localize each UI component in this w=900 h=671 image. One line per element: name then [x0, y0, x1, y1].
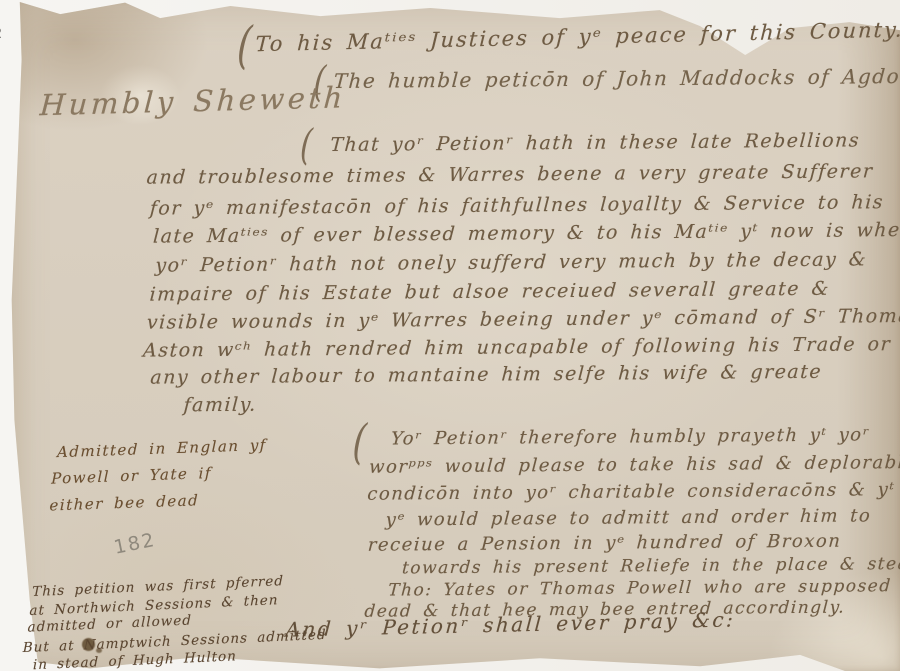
body-line: That yoʳ Petionʳ hath in these late Rebe… [330, 129, 861, 156]
body-line: impaire of his Estate but alsoe receiued… [149, 278, 831, 306]
prayer-line: yᵉ would please to admitt and order him … [385, 505, 872, 530]
edge-folio-numeral: 2 [0, 26, 4, 42]
flourish-bracket: ( [299, 121, 314, 170]
flourish-bracket: ( [236, 18, 254, 76]
prayer-line: Yoʳ Petionʳ therefore humbly prayeth yᵗ … [390, 424, 871, 449]
margin-note-line: Admitted in Englan yf [57, 436, 267, 461]
body-line: visible wounds in yᵉ Warres beeing under… [146, 305, 900, 334]
body-line: Aston wᶜʰ hath rendred him uncapable of … [142, 333, 891, 362]
body-line: any other labour to mantaine him selfe h… [150, 361, 823, 389]
archival-pencil-number: 182 [112, 529, 158, 559]
heading-petitioner: The humble peticōn of John Maddocks of A… [333, 64, 900, 93]
manuscript-text-layer: ( To his Maᵗⁱᵉˢ Justices of yᵉ peace for… [0, 0, 900, 671]
salutation: Humbly Sheweth [39, 80, 347, 122]
body-line: and troublesome times & Warres beene a v… [146, 160, 874, 188]
prayer-line: towards his present Reliefe in the place… [401, 554, 900, 579]
margin-note-line: either bee dead [49, 491, 199, 514]
prayer-line: condicōn into yoʳ charitable consideracō… [367, 479, 896, 505]
body-line: family. [183, 394, 258, 417]
body-line: yoʳ Petionʳ hath not onely sufferd very … [155, 248, 868, 276]
heading-address: To his Maᵗⁱᵉˢ Justices of yᵉ peace for t… [255, 17, 900, 56]
body-line: for yᵉ manifestacōn of his faithfullnes … [149, 191, 885, 219]
prayer-line: worᵖᵖˢ would please to take his sad & de… [369, 452, 900, 478]
flourish-bracket: ( [351, 415, 368, 471]
prayer-line: receiue a Pension in yᵉ hundred of Broxo… [367, 531, 842, 556]
margin-note-line: Powell or Yate if [51, 464, 212, 488]
closing-formula: And yʳ Petionʳ shall ever pray &c: [285, 607, 736, 641]
body-line: late Maᵗⁱᵉˢ of ever blessed memory & to … [152, 219, 900, 248]
